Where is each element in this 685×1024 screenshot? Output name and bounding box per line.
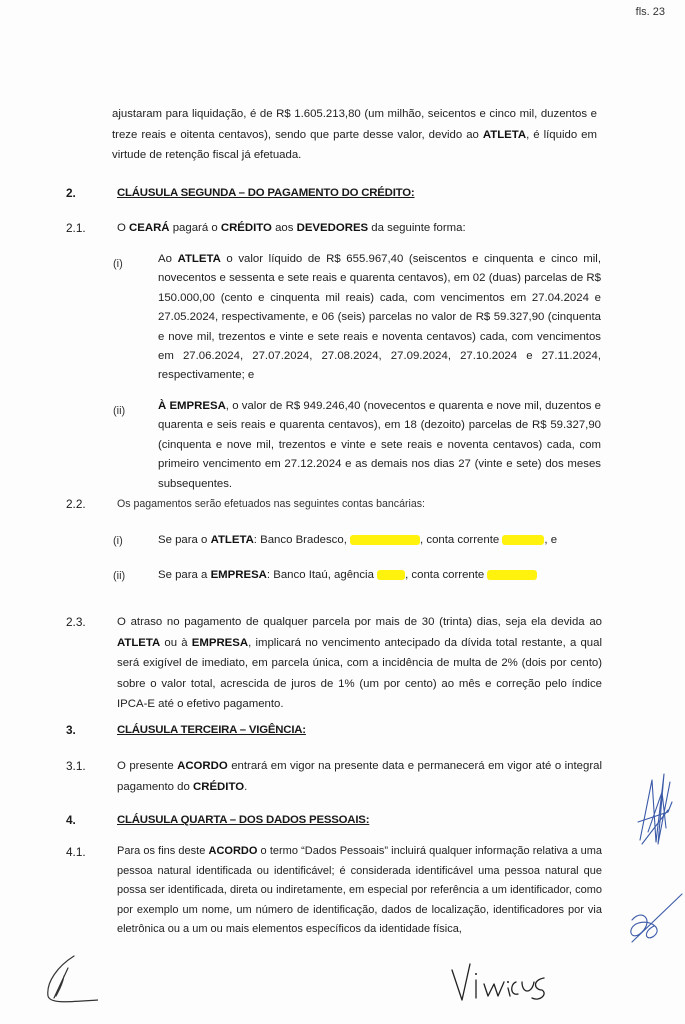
item-2-2-i-text: Se para o ATLETA: Banco Bradesco, , cont…: [158, 530, 601, 551]
clause-2-3-text: O atraso no pagamento de qualquer parcel…: [117, 612, 602, 715]
item-2-1-i-marker: (i): [113, 254, 123, 275]
clause-3-heading: CLÁUSULA TERCEIRA – VIGÊNCIA:: [117, 720, 306, 741]
clause-3-number: 3.: [66, 720, 76, 741]
clause-2-3-number: 2.3.: [66, 612, 86, 633]
redacted-account: [502, 535, 544, 545]
clause-4-1-number: 4.1.: [66, 842, 86, 863]
clause-3-1-text: O presente ACORDO entrará em vigor na pr…: [117, 756, 602, 797]
clause-2-number: 2.: [66, 183, 76, 204]
clause-2-1-number: 2.1.: [66, 218, 86, 239]
clause-2-1-text: O CEARÁ pagará o CRÉDITO aos DEVEDORES d…: [117, 218, 602, 239]
intro-bold-atleta: ATLETA: [483, 129, 526, 141]
redacted-agency: [377, 570, 405, 580]
clause-4-heading: CLÁUSULA QUARTA – DOS DADOS PESSOAIS:: [117, 810, 369, 831]
signature-initials-bottom-right: [624, 890, 684, 950]
clause-4-1-text: Para os fins deste ACORDO o termo “Dados…: [117, 842, 602, 940]
page-number: fls. 23: [636, 6, 665, 18]
item-2-2-i-marker: (i): [113, 531, 123, 552]
item-2-2-ii-marker: (ii): [113, 566, 125, 587]
item-2-1-ii-text: À EMPRESA, o valor de R$ 949.246,40 (nov…: [158, 397, 601, 494]
item-2-1-i-text: Ao ATLETA o valor líquido de R$ 655.967,…: [158, 250, 601, 386]
clause-2-2-number: 2.2.: [66, 494, 86, 515]
intro-paragraph: ajustaram para liquidação, é de R$ 1.605…: [112, 104, 597, 166]
redacted-agency: [350, 535, 420, 545]
clause-4-number: 4.: [66, 810, 76, 831]
signature-initials-top-right: [628, 762, 678, 862]
item-2-1-ii-marker: (ii): [113, 401, 125, 422]
redacted-account: [487, 570, 537, 580]
clause-2-heading: CLÁUSULA SEGUNDA – DO PAGAMENTO DO CRÉDI…: [117, 183, 414, 204]
clause-2-2-text: Os pagamentos serão efetuados nas seguin…: [117, 494, 602, 515]
clause-3-1-number: 3.1.: [66, 756, 86, 777]
signature-bottom-left: [38, 952, 98, 1012]
signature-vinicius: [448, 958, 548, 1008]
item-2-2-ii-text: Se para a EMPRESA: Banco Itaú, agência ,…: [158, 565, 601, 586]
